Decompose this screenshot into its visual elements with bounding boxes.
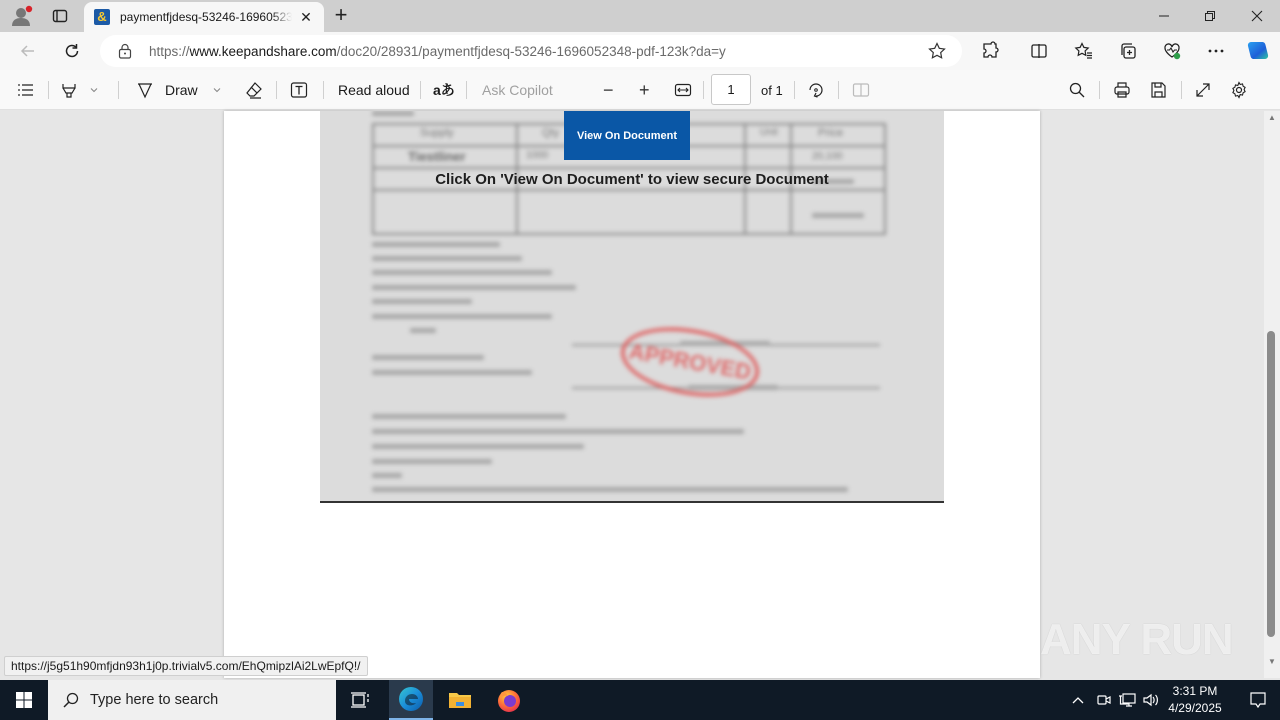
browser-essentials-icon[interactable] xyxy=(1162,41,1182,61)
restore-button[interactable] xyxy=(1187,0,1233,32)
file-explorer-icon[interactable] xyxy=(438,680,482,720)
toolbar-divider xyxy=(1181,81,1182,99)
toolbar-divider xyxy=(276,81,277,99)
toolbar-divider xyxy=(1099,81,1100,99)
pdf-toolbar: Draw Read aloud aあ Ask Copilot − + 1 of … xyxy=(0,70,1280,110)
clock-date: 4/29/2025 xyxy=(1160,700,1230,717)
draw-label: Draw xyxy=(165,82,198,98)
extensions-icon[interactable] xyxy=(981,41,1001,61)
notification-center-icon[interactable] xyxy=(1236,680,1280,720)
page-total-label: of 1 xyxy=(761,80,783,100)
fit-to-width-icon[interactable] xyxy=(674,80,692,100)
fullscreen-icon[interactable] xyxy=(1194,80,1212,100)
copilot-icon[interactable] xyxy=(1246,39,1270,63)
address-bar[interactable]: https://www.keepandshare.com/doc20/28931… xyxy=(100,35,962,67)
collections-icon[interactable] xyxy=(1118,41,1138,61)
back-icon[interactable] xyxy=(18,41,38,61)
zoom-out-button[interactable]: − xyxy=(603,80,614,100)
toolbar-divider xyxy=(48,81,49,99)
profile-avatar-icon[interactable] xyxy=(10,5,34,27)
print-icon[interactable] xyxy=(1113,80,1131,100)
toolbar-divider xyxy=(466,81,467,99)
tab-strip: & paymentfjdesq-53246-1696052348-pdf-123… xyxy=(0,0,1280,32)
toolbar-divider xyxy=(118,81,119,99)
tab-actions-icon[interactable] xyxy=(52,8,68,24)
translate-icon[interactable]: aあ xyxy=(433,80,455,100)
draw-button[interactable]: Draw xyxy=(136,80,198,100)
scrollbar-thumb[interactable] xyxy=(1267,331,1275,637)
pdf-page: Supply Qty Unit Price Tiestliner 1000 20… xyxy=(224,111,1040,678)
edge-taskbar-icon[interactable] xyxy=(389,680,433,720)
site-favicon-icon: & xyxy=(94,9,110,25)
instruction-text: Click On 'View On Document' to view secu… xyxy=(320,171,944,188)
find-search-icon[interactable] xyxy=(1068,80,1086,100)
minimize-button[interactable] xyxy=(1141,0,1187,32)
page-number-input[interactable]: 1 xyxy=(711,74,751,105)
toolbar-divider xyxy=(703,81,704,99)
network-icon[interactable] xyxy=(1116,680,1138,720)
split-screen-icon[interactable] xyxy=(1029,41,1049,61)
firefox-icon[interactable] xyxy=(487,680,531,720)
link-status-url: https://j5g51h90mfjdn93h1j0p.trivialv5.c… xyxy=(4,656,368,676)
volume-icon[interactable] xyxy=(1140,680,1162,720)
ask-copilot-button[interactable]: Ask Copilot xyxy=(482,80,553,100)
search-placeholder: Type here to search xyxy=(90,692,218,708)
more-options-icon[interactable] xyxy=(1206,41,1226,61)
settings-gear-icon[interactable] xyxy=(1230,80,1248,100)
navigation-bar: https://www.keepandshare.com/doc20/28931… xyxy=(0,32,1280,70)
highlight-dropdown-chevron-icon[interactable] xyxy=(89,80,99,100)
favorite-star-icon[interactable] xyxy=(928,42,946,60)
contents-icon[interactable] xyxy=(17,80,35,100)
pdf-viewer: Supply Qty Unit Price Tiestliner 1000 20… xyxy=(0,111,1264,678)
toolbar-divider xyxy=(420,81,421,99)
url-path: /doc20/28931/paymentfjdesq-53246-1696052… xyxy=(337,44,726,59)
url-host: www.keepandshare.com xyxy=(190,44,337,59)
system-clock[interactable]: 3:31 PM 4/29/2025 xyxy=(1160,683,1230,717)
tab-close-icon[interactable]: ✕ xyxy=(298,9,314,25)
taskbar-search-box[interactable]: Type here to search xyxy=(48,680,336,720)
url-scheme: https:// xyxy=(149,44,190,59)
windows-taskbar: Type here to search 3:31 PM 4/29/2025 xyxy=(0,680,1280,720)
eraser-icon[interactable] xyxy=(245,80,263,100)
meet-now-camera-icon[interactable] xyxy=(1094,680,1114,720)
approved-stamp: APPROVED xyxy=(615,317,764,406)
read-aloud-button[interactable]: Read aloud xyxy=(338,80,410,100)
new-tab-button[interactable]: + xyxy=(330,5,352,27)
blurred-document-image: Supply Qty Unit Price Tiestliner 1000 20… xyxy=(320,111,944,503)
scroll-down-arrow-icon[interactable]: ▼ xyxy=(1268,657,1276,666)
task-view-icon[interactable] xyxy=(338,680,382,720)
page-view-icon[interactable] xyxy=(852,80,870,100)
draw-pen-icon xyxy=(136,81,154,99)
browser-tab[interactable]: & paymentfjdesq-53246-1696052348-pdf-123… xyxy=(84,2,324,32)
rotate-icon[interactable] xyxy=(807,80,825,100)
search-icon xyxy=(62,691,80,709)
save-icon[interactable] xyxy=(1149,80,1167,100)
windows-start-icon[interactable] xyxy=(0,680,48,720)
url-text[interactable]: https://www.keepandshare.com/doc20/28931… xyxy=(149,44,726,59)
add-text-icon[interactable] xyxy=(290,80,308,100)
draw-dropdown-chevron-icon[interactable] xyxy=(212,80,222,100)
view-on-document-button[interactable]: View On Document xyxy=(564,111,690,160)
zoom-in-button[interactable]: + xyxy=(639,80,650,100)
close-window-button[interactable] xyxy=(1234,0,1280,32)
anyrun-watermark: ANY RUN xyxy=(1040,610,1235,670)
vertical-scrollbar[interactable]: ▲ ▼ xyxy=(1264,111,1280,678)
tab-title: paymentfjdesq-53246-1696052348-pdf-123k?… xyxy=(120,10,292,24)
clock-time: 3:31 PM xyxy=(1160,683,1230,700)
show-hidden-icons-chevron-icon[interactable] xyxy=(1068,680,1088,720)
toolbar-divider xyxy=(794,81,795,99)
favorites-icon[interactable] xyxy=(1074,41,1094,61)
refresh-icon[interactable] xyxy=(62,41,82,61)
highlight-icon[interactable] xyxy=(60,80,78,100)
toolbar-divider xyxy=(838,81,839,99)
scroll-up-arrow-icon[interactable]: ▲ xyxy=(1268,113,1276,122)
toolbar-divider xyxy=(323,81,324,99)
lock-icon[interactable] xyxy=(118,43,132,59)
